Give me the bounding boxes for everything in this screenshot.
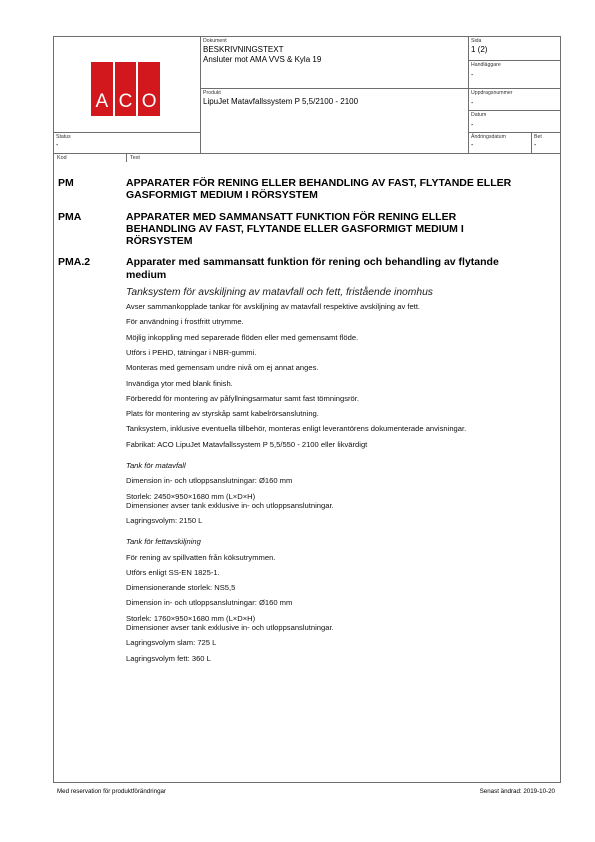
section-pm: PM APPARATER FÖR RENING ELLER BEHANDLING… — [54, 177, 560, 202]
spec-line: För rening av spillvatten från köksutrym… — [126, 553, 526, 562]
kod-label: Kod — [57, 155, 67, 161]
logo-bar: A — [91, 62, 113, 116]
spec-line: Monteras med gemensam undre nivå om ej a… — [126, 363, 526, 372]
bet-label: Bet — [534, 134, 542, 140]
section-title: APPARATER FÖR RENING ELLER BEHANDLING AV… — [126, 177, 521, 202]
content-subtitle: Tanksystem för avskiljning av matavfall … — [126, 287, 526, 299]
header-block: A C O Status - Dokument BESKRIVNINGSTEXT… — [54, 37, 560, 154]
spec-line: Storlek: 1760×950×1680 mm (L×D×H)Dimensi… — [126, 614, 526, 632]
tank2-specs: För rening av spillvatten från köksutrym… — [126, 553, 526, 663]
footer-disclaimer: Med reservation för produktförändringar — [57, 788, 166, 795]
spec-line: Fabrikat: ACO LipuJet Matavfallssystem P… — [126, 440, 526, 449]
spec-line: För användning i frostfritt utrymme. — [126, 317, 526, 326]
document-label: Dokument — [203, 38, 227, 44]
datum-label: Datum — [471, 112, 486, 118]
section-title: Apparater med sammansatt funktion för re… — [126, 256, 521, 281]
uppdragsnummer-label: Uppdragsnummer — [471, 90, 513, 96]
footer-last-modified: Senast ändrad: 2019-10-20 — [480, 788, 555, 795]
document-type: BESKRIVNINGSTEXT — [203, 45, 283, 54]
datum-value: - — [471, 122, 473, 129]
product-label: Produkt — [203, 90, 221, 96]
section-pma: PMA APPARATER MED SAMMANSATT FUNKTION FÖ… — [54, 211, 560, 248]
section-content: Tanksystem för avskiljning av matavfall … — [126, 287, 526, 663]
spec-line: Utförs enligt SS-EN 1825-1. — [126, 568, 526, 577]
spec-subline: Storlek: 2450×950×1680 mm (L×D×H) — [126, 492, 526, 501]
tank2-heading: Tank för fettavskiljning — [126, 537, 526, 546]
spec-line: Dimensionerande storlek: NS5,5 — [126, 583, 526, 592]
document-cell: Dokument BESKRIVNINGSTEXT Ansluter mot A… — [200, 37, 468, 88]
spec-subline: Dimensioner avser tank exklusive in- och… — [126, 623, 526, 632]
handlaggare-value: - — [471, 72, 473, 79]
section-code: PMA — [58, 211, 81, 223]
uppdragsnummer-value: - — [471, 100, 473, 107]
spec-line: Dimension in- och utloppsanslutningar: Ø… — [126, 476, 526, 485]
document-body: PM APPARATER FÖR RENING ELLER BEHANDLING… — [54, 177, 560, 669]
product-cell: Produkt LipuJet Matavfallssystem P 5,5/2… — [200, 88, 468, 154]
aco-logo: A C O — [91, 62, 160, 116]
andringsdatum-cell: Ändringsdatum - Bet - — [469, 132, 561, 154]
column-header-row: Kod Text — [54, 154, 560, 163]
product-value: LipuJet Matavfallssystem P 5,5/2100 - 21… — [203, 97, 358, 106]
spec-subline: Storlek: 1760×950×1680 mm (L×D×H) — [126, 614, 526, 623]
tank1-specs: Dimension in- och utloppsanslutningar: Ø… — [126, 476, 526, 525]
handlaggare-cell: Handläggare - — [469, 60, 561, 88]
uppdragsnummer-cell: Uppdragsnummer - — [469, 88, 561, 110]
paragraph-list: Avser sammankopplade tankar för avskiljn… — [126, 302, 526, 449]
spec-line: Plats för montering av styrskåp samt kab… — [126, 409, 526, 418]
bet-value: - — [534, 142, 536, 149]
text-label: Text — [126, 154, 140, 162]
datum-cell: Datum - — [469, 110, 561, 132]
logo-bar: C — [115, 62, 137, 116]
spec-line: Möjlig inkoppling med separerade flöden … — [126, 333, 526, 342]
spec-line: Invändiga ytor med blank finish. — [126, 379, 526, 388]
andringsdatum-label: Ändringsdatum — [471, 134, 506, 140]
spec-line: Lagringsvolym slam: 725 L — [126, 638, 526, 647]
page-value: 1 (2) — [471, 45, 487, 54]
section-title: APPARATER MED SAMMANSATT FUNKTION FÖR RE… — [126, 211, 521, 248]
status-value: - — [56, 142, 58, 149]
section-code: PM — [58, 177, 74, 189]
logo-letter: O — [142, 92, 157, 111]
page-cell: Sida 1 (2) — [469, 37, 561, 60]
logo-letter: C — [119, 92, 133, 111]
spec-line: Lagringsvolym: 2150 L — [126, 516, 526, 525]
section-code: PMA.2 — [58, 256, 90, 268]
spec-line: Avser sammankopplade tankar för avskiljn… — [126, 302, 526, 311]
spec-line: Lagringsvolym fett: 360 L — [126, 654, 526, 663]
tank1-heading: Tank för matavfall — [126, 461, 526, 470]
andringsdatum-value: - — [471, 142, 473, 149]
spec-line: Dimension in- och utloppsanslutningar: Ø… — [126, 598, 526, 607]
status-label: Status — [56, 134, 71, 140]
logo-bar: O — [138, 62, 160, 116]
document-standard: Ansluter mot AMA VVS & Kyla 19 — [203, 55, 321, 64]
section-pma-2: PMA.2 Apparater med sammansatt funktion … — [54, 256, 560, 281]
logo-letter: A — [95, 92, 108, 111]
spec-line: Storlek: 2450×950×1680 mm (L×D×H)Dimensi… — [126, 492, 526, 510]
status-cell: Status - — [54, 132, 200, 154]
spec-line: Tanksystem, inklusive eventuella tillbeh… — [126, 424, 526, 433]
spec-line: Utförs i PEHD, tätningar i NBR-gummi. — [126, 348, 526, 357]
page-label: Sida — [471, 38, 481, 44]
logo-cell: A C O — [54, 37, 200, 132]
spec-line: Förberedd för montering av påfyllningsar… — [126, 394, 526, 403]
spec-subline: Dimensioner avser tank exklusive in- och… — [126, 501, 526, 510]
document-frame: A C O Status - Dokument BESKRIVNINGSTEXT… — [53, 36, 561, 783]
bet-cell: Bet - — [531, 133, 532, 154]
handlaggare-label: Handläggare — [471, 62, 501, 68]
meta-column: Sida 1 (2) Handläggare - Uppdragsnummer … — [468, 37, 560, 154]
